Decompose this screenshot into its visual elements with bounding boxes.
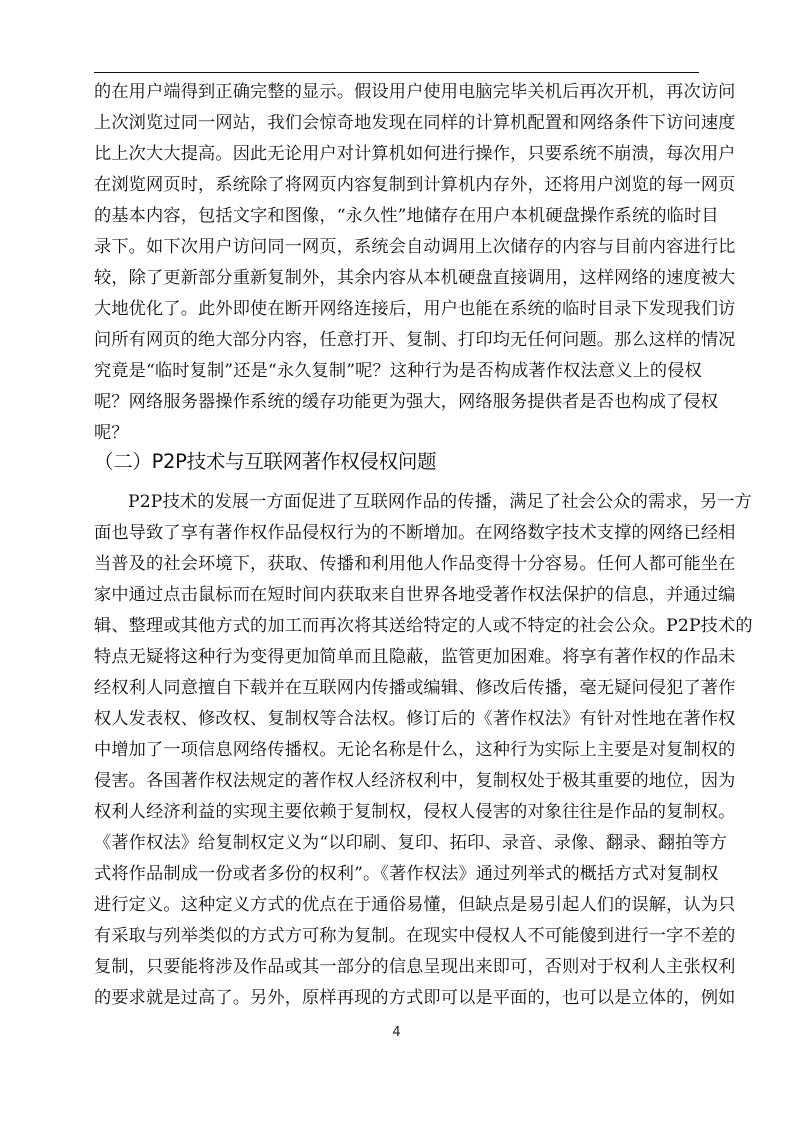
page-number: 4 <box>0 1025 793 1040</box>
paragraph-line: 大地优化了。此外即使在断开网络连接后，用户也能在系统的临时目录下发现我们访 <box>94 294 700 325</box>
paragraph-line: 进行定义。这种定义方式的优点在于通俗易懂，但缺点是易引起人们的误解，认为只 <box>94 890 700 921</box>
paragraph-line: 特点无疑将这种行为变得更加简单而且隐蔽，监管更加困难。将享有著作权的作品未 <box>94 642 700 673</box>
paragraph-line: 究竟是“临时复制”还是“永久复制”呢？这种行为是否构成著作权法意义上的侵权 <box>94 356 700 387</box>
paragraph-line: 当普及的社会环境下，获取、传播和利用他人作品变得十分容易。任何人都可能坐在 <box>94 549 700 580</box>
header-rule-divider <box>94 72 699 73</box>
paragraph-line: 辑、整理或其他方式的加工而再次将其送给特定的人或不特定的社会公众。P2P技术的 <box>94 611 700 642</box>
paragraph-line: 的基本内容，包括文字和图像，“永久性”地储存在用户本机硬盘操作系统的临时目 <box>94 201 700 232</box>
section-heading: （二）P2P技术与互联网著作权侵权问题 <box>94 446 436 478</box>
continuation-paragraph: 的在用户端得到正确完整的显示。假设用户使用电脑完毕关机后再次开机，再次访问 上次… <box>94 77 700 449</box>
paragraph-line: 的要求就是过高了。另外，原样再现的方式即可以是平面的，也可以是立体的，例如 <box>94 983 700 1014</box>
paragraph-line: 权人发表权、修改权、复制权等合法权。修订后的《著作权法》有针对性地在著作权 <box>94 704 700 735</box>
paragraph-line: 家中通过点击鼠标而在短时间内获取来自世界各地受著作权法保护的信息，并通过编 <box>94 580 700 611</box>
paragraph-line: 复制，只要能将涉及作品或其一部分的信息呈现出来即可，否则对于权利人主张权利 <box>94 952 700 983</box>
paragraph-line: 在浏览网页时，系统除了将网页内容复制到计算机内存外，还将用户浏览的每一网页 <box>94 170 700 201</box>
paragraph-line: 权利人经济利益的实现主要依赖于复制权，侵权人侵害的对象往往是作品的复制权。 <box>94 797 700 828</box>
paragraph-line: 比上次大大提高。因此无论用户对计算机如何进行操作，只要系统不崩溃，每次用户 <box>94 139 700 170</box>
paragraph-line: 较，除了更新部分重新复制外，其余内容从本机硬盘直接调用，这样网络的速度被大 <box>94 263 700 294</box>
paragraph-line: 有采取与列举类似的方式方可称为复制。在现实中侵权人不可能傻到进行一字不差的 <box>94 921 700 952</box>
paragraph-line: 侵害。各国著作权法规定的著作权人经济权利中，复制权处于极其重要的地位，因为 <box>94 766 700 797</box>
paragraph-line: 《著作权法》给复制权定义为“以印刷、复印、拓印、录音、录像、翻录、翻拍等方 <box>94 828 700 859</box>
paragraph-line: 呢？ <box>94 418 700 449</box>
paragraph-line: 问所有网页的绝大部分内容，任意打开、复制、打印均无任何问题。那么这样的情况 <box>94 325 700 356</box>
paragraph-line: 经权利人同意擅自下载并在互联网内传播或编辑、修改后传播，毫无疑问侵犯了著作 <box>94 673 700 704</box>
paragraph-line: 的在用户端得到正确完整的显示。假设用户使用电脑完毕关机后再次开机，再次访问 <box>94 77 700 108</box>
paragraph-line: 呢？网络服务器操作系统的缓存功能更为强大，网络服务提供者是否也构成了侵权 <box>94 387 700 418</box>
document-page: 的在用户端得到正确完整的显示。假设用户使用电脑完毕关机后再次开机，再次访问 上次… <box>0 0 793 1122</box>
paragraph-line: 式将作品制成一份或者多份的权利”。《著作权法》通过列举式的概括方式对复制权 <box>94 859 700 890</box>
paragraph-line: 上次浏览过同一网站，我们会惊奇地发现在同样的计算机配置和网络条件下访问速度 <box>94 108 700 139</box>
paragraph-line: 录下。如下次用户访问同一网页，系统会自动调用上次储存的内容与目前内容进行比 <box>94 232 700 263</box>
paragraph-line: 面也导致了享有著作权作品侵权行为的不断增加。在网络数字技术支撑的网络已经相 <box>94 518 700 549</box>
paragraph-line: 中增加了一项信息网络传播权。无论名称是什么，这种行为实际上主要是对复制权的 <box>94 735 700 766</box>
paragraph-line: P2P技术的发展一方面促进了互联网作品的传播，满足了社会公众的需求，另一方 <box>94 487 700 518</box>
section-paragraph: P2P技术的发展一方面促进了互联网作品的传播，满足了社会公众的需求，另一方 面也… <box>94 487 700 1014</box>
